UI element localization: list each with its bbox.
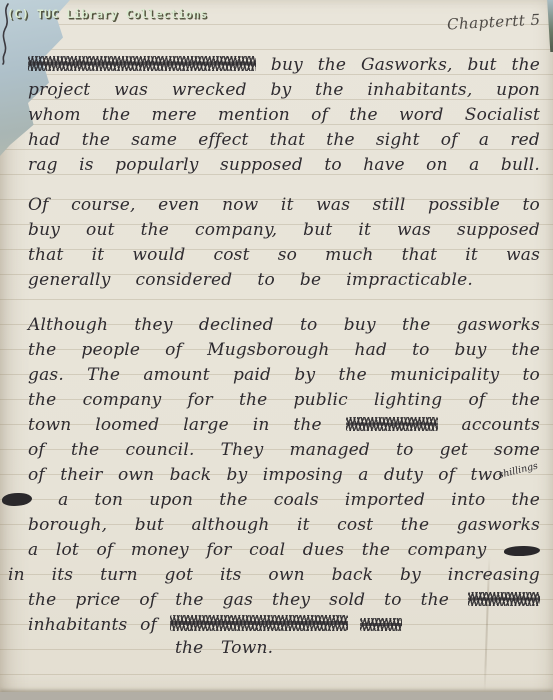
scribbled-out-text [468, 592, 540, 606]
manuscript-line: town loomed large in the accounts [28, 413, 540, 437]
manuscript-line: generally considered to be impracticable… [28, 268, 473, 292]
copyright-watermark: (C) TUC Library Collections [7, 7, 207, 21]
manuscript-line: that it would cost so much that it was [28, 243, 540, 267]
manuscript-line: project was wrecked by the inhabitants, … [28, 78, 540, 102]
manuscript-line: a ton upon the coals imported into the [2, 488, 540, 512]
manuscript-line: inhabitants of [28, 613, 540, 637]
manuscript-line: of the council. They managed to get some [28, 438, 540, 462]
manuscript-line: rag is popularly supposed to have on a b… [28, 153, 540, 177]
manuscript-line: in its turn got its own back by increasi… [8, 563, 540, 587]
manuscript-line: a lot of money for coal dues the company [28, 538, 540, 562]
manuscript-line: Of course, even now it was still possibl… [28, 193, 540, 217]
manuscript-line: had the same effect that the sight of a … [28, 128, 540, 152]
manuscript-line: the company for the public lighting of t… [28, 388, 540, 412]
chapter-heading: Chaptertt 5 [447, 11, 541, 34]
manuscript-line: the Town. [175, 636, 553, 660]
manuscript-page: (C) TUC Library Collections Chaptertt 5 … [0, 0, 553, 700]
scribbled-out-text [28, 56, 256, 71]
manuscript-line: buy out the company, but it was supposed [28, 218, 540, 242]
manuscript-line: buy the Gasworks, but the [28, 53, 540, 77]
ink-blot [504, 546, 540, 556]
scribbled-out-text [346, 417, 438, 431]
manuscript-line: the price of the gas they sold to the [28, 588, 540, 612]
manuscript-line: of their own back by imposing a duty of … [28, 463, 540, 490]
page-edge-sliver [544, 0, 553, 52]
ink-blot [2, 493, 32, 506]
bottom-paper-edge [0, 692, 553, 700]
scribbled-out-text [360, 618, 402, 631]
scribbled-out-text [170, 615, 348, 631]
manuscript-line: whom the mere mention of the word Social… [28, 103, 540, 127]
manuscript-line: gas. The amount paid by the municipality… [28, 363, 540, 387]
manuscript-line: the people of Mugsborough had to buy the [28, 338, 540, 362]
manuscript-line: borough, but although it cost the gaswor… [28, 513, 540, 537]
manuscript-line: Although they declined to buy the gaswor… [28, 313, 540, 337]
